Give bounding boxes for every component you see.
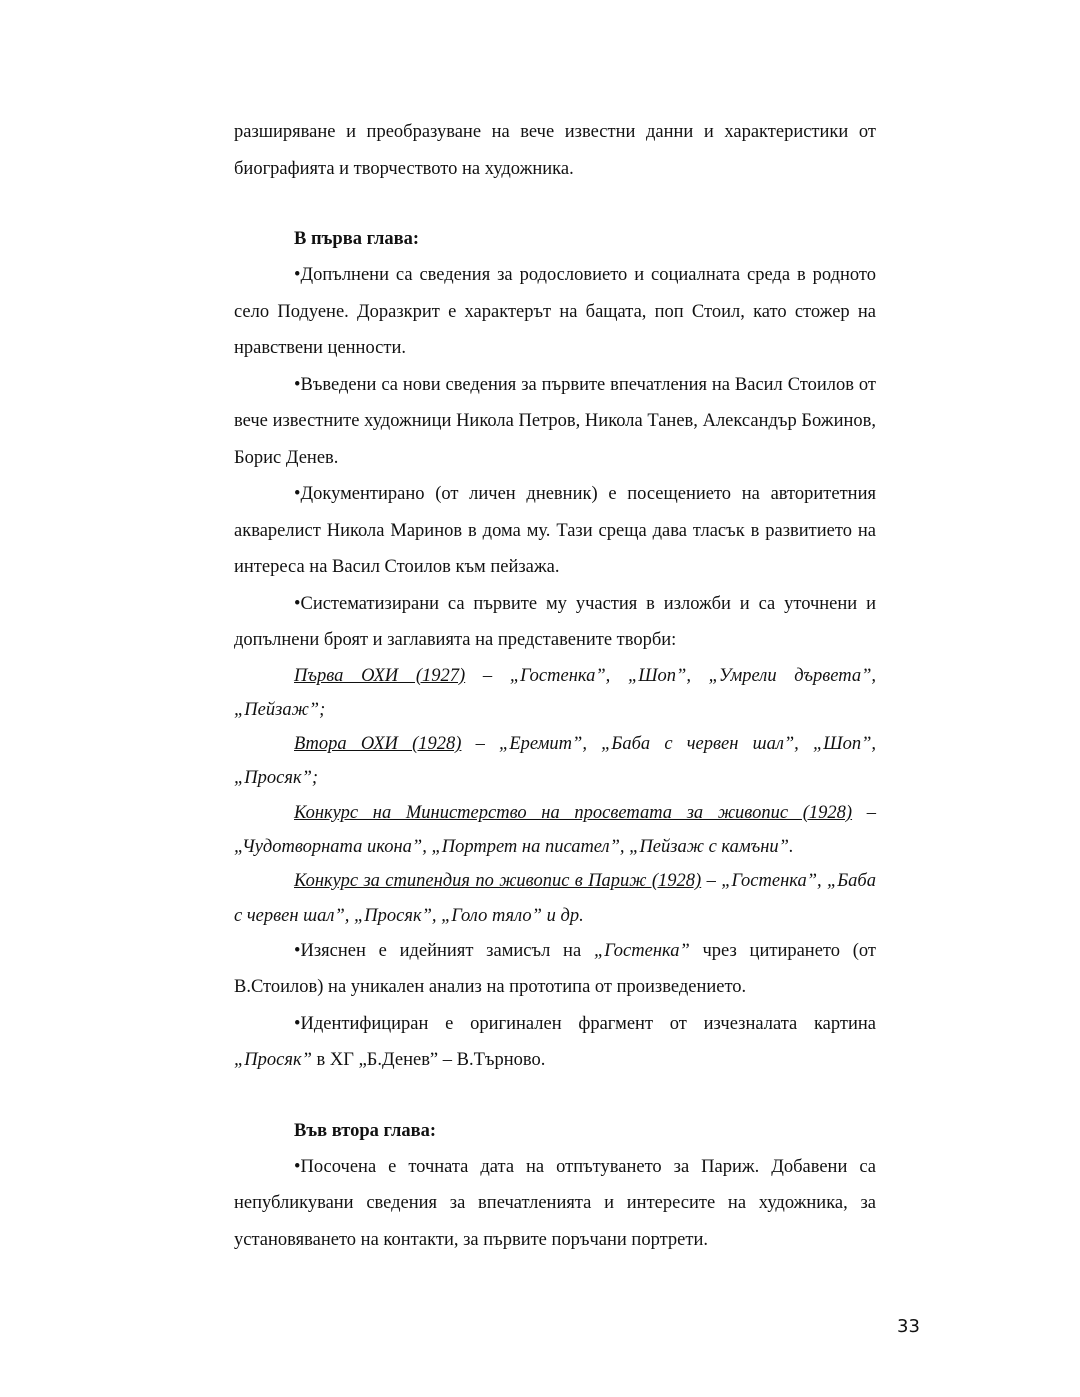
spacer — [234, 187, 876, 221]
page-number: 33 — [897, 1316, 920, 1337]
exhibition-entry: Първа ОХИ (1927) – „Гостенка”, „Шоп”, „У… — [234, 659, 876, 728]
artwork-title: „Просяк” — [234, 1050, 312, 1070]
chapter-1-item-6: •Идентифициран е оригинален фрагмент от … — [234, 1006, 876, 1079]
item-text: в ХГ „Б.Денев” – В.Търново. — [312, 1050, 545, 1070]
item-text: Въведени са нови сведения за първите впе… — [234, 375, 876, 468]
item-text: Изяснен е идейният замисъл на — [300, 941, 593, 961]
intro-paragraph: разширяване и преобразуване на вече изве… — [234, 114, 876, 187]
item-text: Посочена е точната дата на отпътуването … — [234, 1157, 876, 1250]
chapter-1-item-1: •Допълнени са сведения за родословието и… — [234, 257, 876, 367]
item-text: Допълнени са сведения за родословието и … — [234, 265, 876, 358]
spacer — [234, 1079, 876, 1113]
exhibition-name: Конкурс на Министерство на просветата за… — [294, 803, 852, 823]
document-page: разширяване и преобразуване на вече изве… — [234, 114, 876, 1258]
chapter-1-item-5: •Изяснен е идейният замисъл на „Гостенка… — [234, 933, 876, 1006]
chapter-1-item-2: •Въведени са нови сведения за първите вп… — [234, 367, 876, 477]
chapter-2-heading: Във втора глава: — [234, 1113, 876, 1149]
item-text: Систематизирани са първите му участия в … — [234, 594, 876, 651]
item-text: Идентифициран е оригинален фрагмент от и… — [300, 1014, 876, 1034]
chapter-1-item-3: •Документирано (от личен дневник) е посе… — [234, 476, 876, 586]
exhibition-entry: Конкурс на Министерство на просветата за… — [234, 796, 876, 865]
chapter-1-heading: В първа глава: — [234, 221, 876, 257]
exhibition-entry: Конкурс за стипендия по живопис в Париж … — [234, 864, 876, 933]
chapter-1-item-4: •Систематизирани са първите му участия в… — [234, 586, 876, 659]
exhibition-entry: Втора ОХИ (1928) – „Еремит”, „Баба с чер… — [234, 727, 876, 796]
item-text: Документирано (от личен дневник) е посещ… — [234, 484, 876, 577]
chapter-2-item-1: •Посочена е точната дата на отпътуването… — [234, 1149, 876, 1259]
exhibition-name: Втора ОХИ (1928) — [294, 734, 461, 754]
exhibition-name: Конкурс за стипендия по живопис в Париж … — [294, 871, 701, 891]
exhibition-name: Първа ОХИ (1927) — [294, 666, 465, 686]
artwork-title: „Гостенка” — [594, 941, 690, 961]
